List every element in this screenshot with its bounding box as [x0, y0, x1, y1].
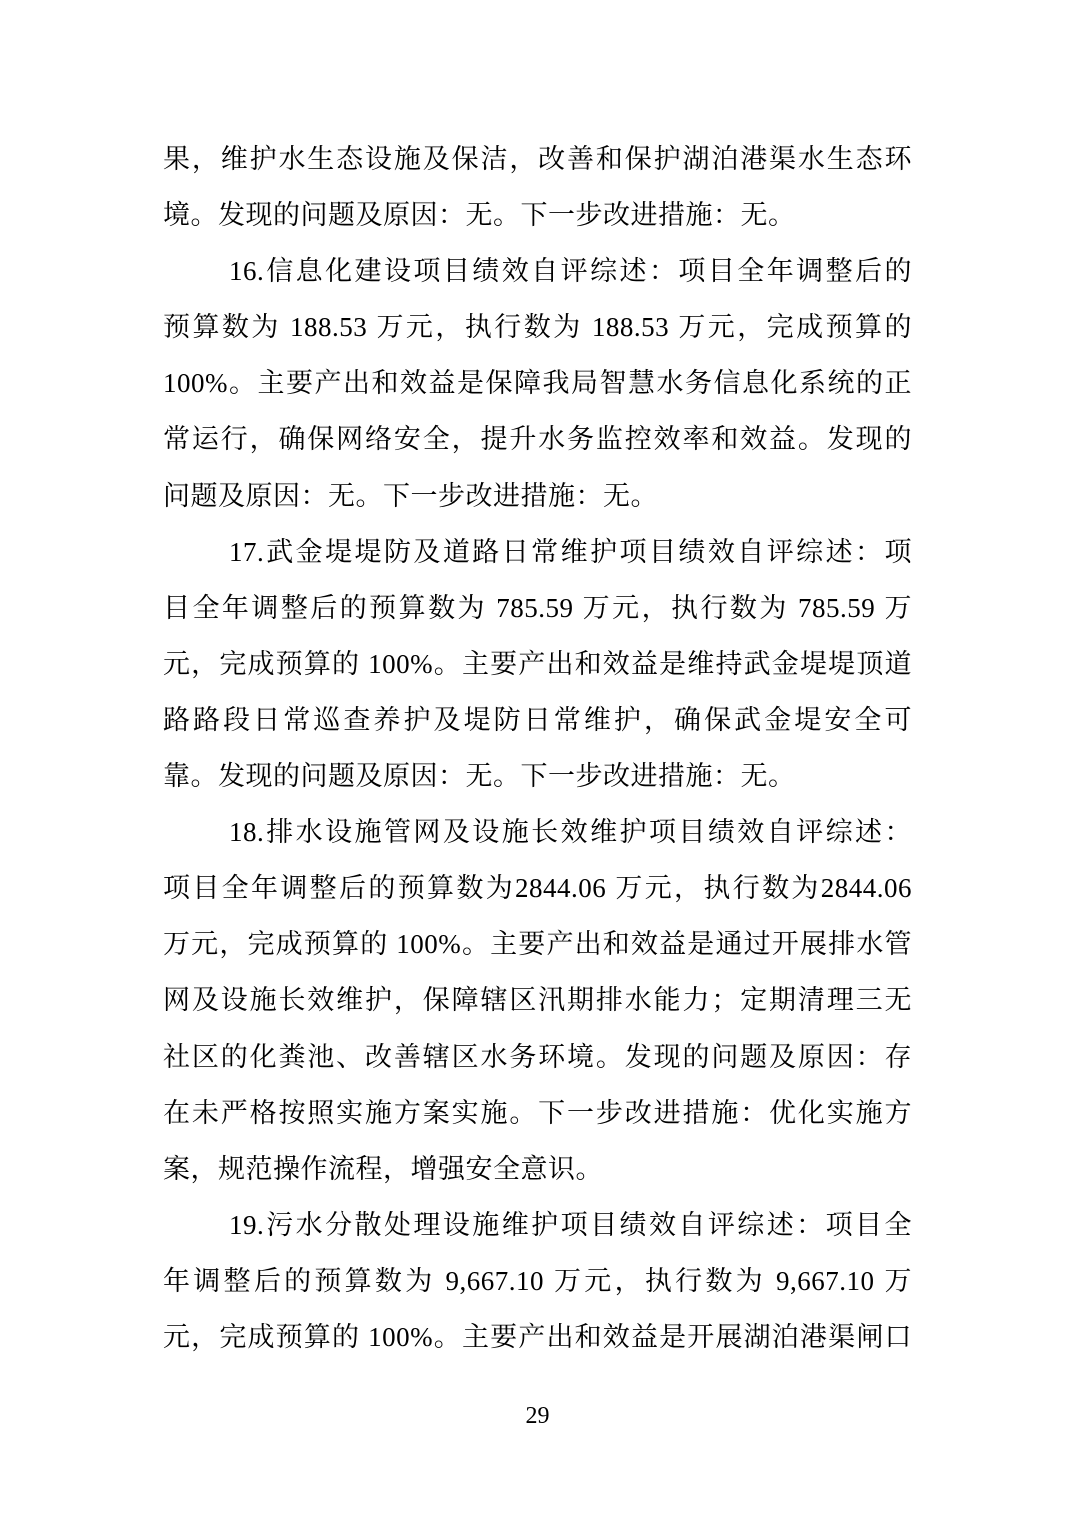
text-line: 19.污水分散处理设施维护项目绩效自评综述：项目全: [163, 1197, 912, 1253]
text-line: 在未严格按照实施方案实施。下一步改进措施：优化实施方: [163, 1085, 912, 1141]
text-line: 境。发现的问题及原因：无。下一步改进措施：无。: [163, 187, 912, 243]
text-line: 果，维护水生态设施及保洁，改善和保护湖泊港渠水生态环: [163, 131, 912, 187]
document-body: 果，维护水生态设施及保洁，改善和保护湖泊港渠水生态环 境。发现的问题及原因：无。…: [163, 131, 912, 1365]
text-line: 元，完成预算的 100%。主要产出和效益是维持武金堤堤顶道: [163, 636, 912, 692]
text-line: 网及设施长效维护，保障辖区汛期排水能力；定期清理三无: [163, 972, 912, 1028]
text-line: 年调整后的预算数为 9,667.10 万元，执行数为 9,667.10 万: [163, 1253, 912, 1309]
text-line: 18.排水设施管网及设施长效维护项目绩效自评综述：: [163, 804, 912, 860]
text-line: 万元，完成预算的 100%。主要产出和效益是通过开展排水管: [163, 916, 912, 972]
text-line: 社区的化粪池、改善辖区水务环境。发现的问题及原因：存: [163, 1029, 912, 1085]
text-line: 问题及原因：无。下一步改进措施：无。: [163, 468, 912, 524]
text-line: 16.信息化建设项目绩效自评综述：项目全年调整后的: [163, 243, 912, 299]
document-page: 果，维护水生态设施及保洁，改善和保护湖泊港渠水生态环 境。发现的问题及原因：无。…: [0, 0, 1075, 1520]
text-line: 案，规范操作流程，增强安全意识。: [163, 1141, 912, 1197]
text-line: 项目全年调整后的预算数为2844.06 万元，执行数为2844.06: [163, 860, 912, 916]
text-line: 目全年调整后的预算数为 785.59 万元，执行数为 785.59 万: [163, 580, 912, 636]
text-line: 预算数为 188.53 万元，执行数为 188.53 万元，完成预算的: [163, 299, 912, 355]
text-line: 常运行，确保网络安全，提升水务监控效率和效益。发现的: [163, 411, 912, 467]
text-line: 17.武金堤堤防及道路日常维护项目绩效自评综述：项: [163, 524, 912, 580]
text-line: 路路段日常巡查养护及堤防日常维护，确保武金堤安全可: [163, 692, 912, 748]
text-line: 元，完成预算的 100%。主要产出和效益是开展湖泊港渠闸口: [163, 1309, 912, 1365]
text-line: 100%。主要产出和效益是保障我局智慧水务信息化系统的正: [163, 355, 912, 411]
text-line: 靠。发现的问题及原因：无。下一步改进措施：无。: [163, 748, 912, 804]
page-number: 29: [0, 1402, 1075, 1430]
